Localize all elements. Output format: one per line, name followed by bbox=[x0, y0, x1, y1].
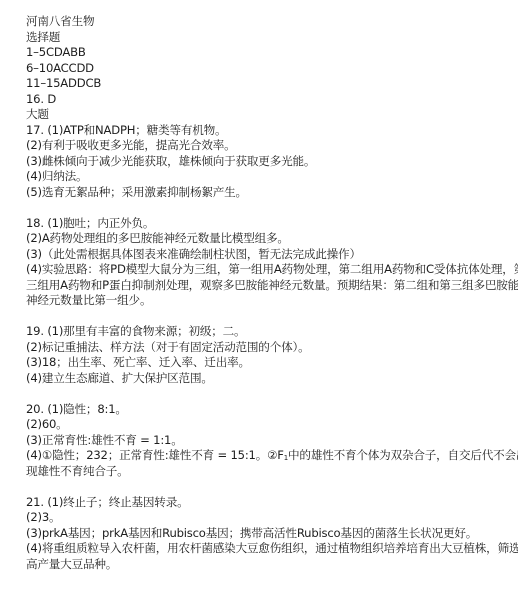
choice-answer-16: 16. D bbox=[26, 92, 501, 108]
question-19-block: 19. (1)那里有丰富的食物来源；初级；二。 (2)标记重捕法、样方法（对于有… bbox=[26, 324, 501, 386]
q21-line: (3)prkA基因；prkA基因和Rubisco基因；携带高活性Rubisco基… bbox=[26, 526, 501, 542]
q20-line-4b: 中的雄性不育个体为双杂合子，自交后代不会出 bbox=[288, 448, 518, 462]
spacer bbox=[26, 479, 501, 495]
q17-line: (4)归纳法。 bbox=[26, 169, 501, 185]
q20-line: (3)正常育性:雄性不育 = 1:1。 bbox=[26, 433, 501, 449]
q18-line: 三组用A药物和P蛋白抑制剂处理，观察多巴胺能神经元数量。预期结果：第二组和第三组… bbox=[26, 278, 501, 294]
q19-line: (3)18；出生率、死亡率、迁入率、迁出率。 bbox=[26, 355, 501, 371]
document-title: 河南八省生物 bbox=[26, 14, 501, 30]
q18-line: (2)A药物处理组的多巴胺能神经元数量比模型组多。 bbox=[26, 231, 501, 247]
q21-line: (2)3。 bbox=[26, 510, 501, 526]
choice-answers-6-10: 6–10ACCDD bbox=[26, 61, 501, 77]
q19-line: (2)标记重捕法、样方法（对于有固定活动范围的个体）。 bbox=[26, 340, 501, 356]
question-18-block: 18. (1)胞吐；内正外负。 (2)A药物处理组的多巴胺能神经元数量比模型组多… bbox=[26, 216, 501, 309]
q21-line: 21. (1)终止子；终止基因转录。 bbox=[26, 495, 501, 511]
q18-line: (3)（此处需根据具体图表来准确绘制柱状图，暂无法完成此操作） bbox=[26, 247, 501, 263]
q19-line: 19. (1)那里有丰富的食物来源；初级；二。 bbox=[26, 324, 501, 340]
big-section-heading: 大题 bbox=[26, 107, 501, 123]
q17-line: (3)雌株倾向于减少光能获取，雄株倾向于获取更多光能。 bbox=[26, 154, 501, 170]
q20-line: (2)60。 bbox=[26, 417, 501, 433]
q17-line: (5)选育无絮品种；采用激素抑制杨絮产生。 bbox=[26, 185, 501, 201]
q20-line: 20. (1)隐性；8:1。 bbox=[26, 402, 501, 418]
spacer bbox=[26, 386, 501, 402]
q21-line: (4)将重组质粒导入农杆菌，用农杆菌感染大豆愈伤组织，通过植物组织培养培育出大豆… bbox=[26, 541, 501, 557]
spacer bbox=[26, 309, 501, 325]
q20-line: 现雄性不育纯合子。 bbox=[26, 464, 501, 480]
choice-answers-1-5: 1–5CDABB bbox=[26, 45, 501, 61]
q20-line: (4)①隐性；232；正常育性:雄性不育 = 15:1。②F1中的雄性不育个体为… bbox=[26, 448, 501, 464]
question-21-block: 21. (1)终止子；终止基因转录。 (2)3。 (3)prkA基因；prkA基… bbox=[26, 495, 501, 573]
q18-line: (4)实验思路：将PD模型大鼠分为三组，第一组用A药物处理，第二组用A药物和C受… bbox=[26, 262, 501, 278]
choice-section-heading: 选择题 bbox=[26, 30, 501, 46]
q19-line: (4)建立生态廊道、扩大保护区范围。 bbox=[26, 371, 501, 387]
q20-line-4a: (4)①隐性；232；正常育性:雄性不育 = 15:1。②F bbox=[26, 448, 284, 462]
question-17-block: 17. (1)ATP和NADPH；糖类等有机物。 (2)有利于吸收更多光能，提高… bbox=[26, 123, 501, 201]
q18-line: 18. (1)胞吐；内正外负。 bbox=[26, 216, 501, 232]
spacer bbox=[26, 200, 501, 216]
q21-line: 高产量大豆品种。 bbox=[26, 557, 501, 573]
q18-line: 神经元数量比第一组少。 bbox=[26, 293, 501, 309]
answer-document: 河南八省生物 选择题 1–5CDABB 6–10ACCDD 11–15ADDCB… bbox=[26, 14, 501, 572]
q17-line: 17. (1)ATP和NADPH；糖类等有机物。 bbox=[26, 123, 501, 139]
question-20-block: 20. (1)隐性；8:1。 (2)60。 (3)正常育性:雄性不育 = 1:1… bbox=[26, 402, 501, 480]
choice-answers-11-15: 11–15ADDCB bbox=[26, 76, 501, 92]
q17-line: (2)有利于吸收更多光能，提高光合效率。 bbox=[26, 138, 501, 154]
